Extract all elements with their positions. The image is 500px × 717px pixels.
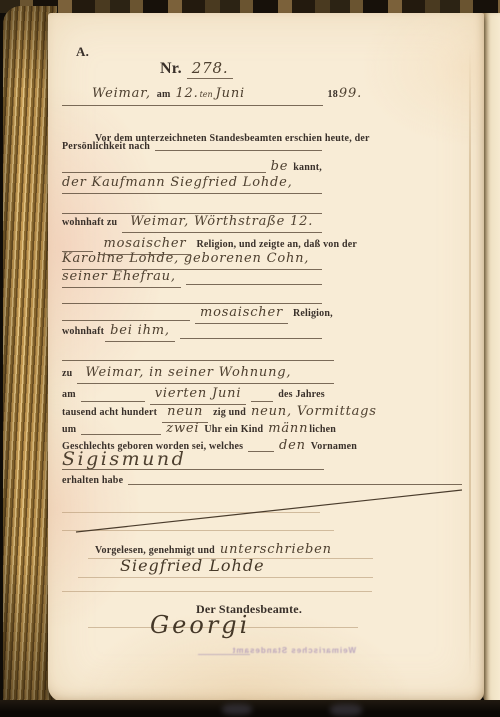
mother-row: Karoline Lohde, geborenen Cohn, <box>62 250 322 270</box>
record-number-value: 278. <box>187 59 234 79</box>
blank-line <box>62 359 334 361</box>
birthdate-year-label: des Jahres <box>278 388 325 402</box>
blank-line <box>251 400 273 402</box>
residence-label: wohnhaft zu <box>62 216 117 230</box>
dateline-day: 12. <box>175 85 198 103</box>
religion2-entry: mosaischer <box>195 304 288 324</box>
dateline-month: Juni <box>216 85 245 103</box>
faint-rule <box>62 530 334 531</box>
gender-printed: lichen <box>309 423 336 437</box>
background-blur-shape <box>330 704 362 716</box>
blank-line <box>128 483 462 485</box>
dateline-year-printed: 18 <box>328 88 338 102</box>
faint-rule <box>62 512 320 513</box>
book-top-edge <box>0 0 500 13</box>
record-number-row: Nr. 278. <box>160 59 233 79</box>
birthplace-row: zu Weimar, in seiner Wohnung, <box>62 364 334 384</box>
birthdate-entry: vierten Juni <box>150 385 247 405</box>
faint-rule <box>78 577 373 578</box>
mother-relation-row: seiner Ehefrau, <box>62 268 322 288</box>
background-blur-shape <box>222 704 252 715</box>
declarant-signature: Siegfried Lohde <box>120 556 265 576</box>
dateline-lined-segment: Weimar, am 12.ten Juni <box>62 85 323 106</box>
birthdate-row: am vierten Juni des Jahres <box>62 385 357 405</box>
residence2-entry: bei ihm, <box>105 322 175 342</box>
record-number-label: Nr. <box>160 62 182 76</box>
mother-entry: Karoline Lohde, geborenen Cohn, <box>62 250 322 270</box>
residence-row: wohnhaft zu Weimar, Wörthstraße 12. <box>62 213 322 233</box>
declarant-row: der Kaufmann Siegfried Lohde, <box>62 174 322 194</box>
gender-entry: männ <box>268 420 308 438</box>
marginal-letter-row: A. <box>76 45 89 59</box>
dateline-am-label: am <box>157 88 171 102</box>
declarant-entry: der Kaufmann Siegfried Lohde, <box>62 174 322 194</box>
spare-rule-row <box>62 346 334 364</box>
erhalten-printed: erhalten habe <box>62 474 123 488</box>
next-page-edge <box>483 13 500 704</box>
blank-line <box>81 433 161 435</box>
dateline-day-suffix: ten <box>200 86 213 104</box>
birthyear-entry2: neun, Vormittags <box>251 403 377 421</box>
erhalten-row: erhalten habe <box>62 474 462 488</box>
birthtime-row: um zwei Uhr ein Kind männ lichen <box>62 420 357 438</box>
blank-line <box>180 337 322 339</box>
dateline-place: Weimar, <box>92 85 151 103</box>
declarant-signature-row: Siegfried Lohde <box>120 556 265 576</box>
birthyear-printed1: tausend acht hundert <box>62 406 157 420</box>
religion2-row: mosaischer Religion, <box>62 304 334 324</box>
faint-rule <box>62 591 372 592</box>
blank-line <box>81 400 145 402</box>
birthtime-entry: zwei <box>166 420 199 438</box>
birthplace-label: zu <box>62 367 72 381</box>
residence2-label: wohnhaft <box>62 325 104 339</box>
childname-entry: Sigismund <box>62 450 324 470</box>
religion2-printed: Religion, <box>293 307 333 321</box>
marginal-letter: A. <box>76 45 89 59</box>
blank-line <box>62 319 190 321</box>
dateline-row: Weimar, am 12.ten Juni 18 99. <box>62 85 362 106</box>
birthdate-am-label: am <box>62 388 76 402</box>
blank-line <box>155 149 322 151</box>
dateline-year-written: 99. <box>339 85 362 103</box>
birthplace-entry: Weimar, in seiner Wohnung, <box>77 364 334 384</box>
registrar-signature-row: Georgi <box>150 610 250 640</box>
page-crease <box>469 48 471 677</box>
register-page: A. Nr. 278. Weimar, am 12.ten Juni 18 99… <box>48 13 484 702</box>
persoenlichkeit-row: Persönlichkeit nach <box>62 140 322 154</box>
birthtime-um-label: um <box>62 423 76 437</box>
blank-line <box>186 283 322 285</box>
registrar-signature: Georgi <box>150 610 250 640</box>
birthtime-printed: Uhr ein Kind <box>204 423 263 437</box>
childname-row: Sigismund <box>62 450 324 470</box>
residence2-row: wohnhaft bei ihm, <box>62 322 322 342</box>
birthyear-printed2: zig und <box>213 406 246 420</box>
mother-relation-entry: seiner Ehefrau, <box>62 268 181 288</box>
bekannt-printed: kannt, <box>293 161 322 175</box>
residence-entry: Weimar, Wörthstraße 12. <box>122 213 322 233</box>
blank-line <box>62 171 266 173</box>
bleedthrough-stamp: Weimarisches Standesamt <box>236 646 356 656</box>
persoenlichkeit-label: Persönlichkeit nach <box>62 140 150 154</box>
